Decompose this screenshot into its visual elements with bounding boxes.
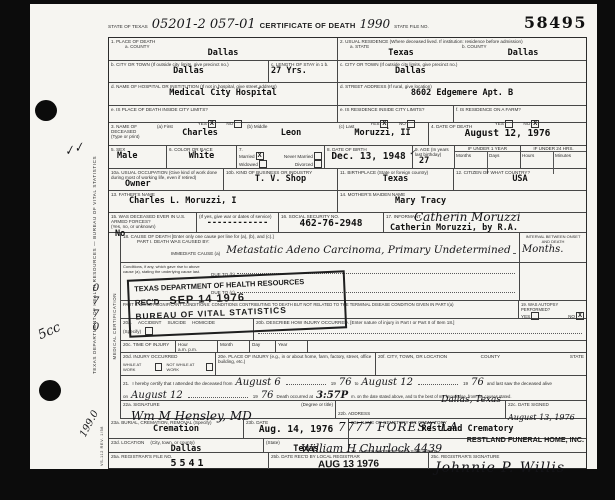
hour-cell: Houra.m. p.m. xyxy=(176,341,218,352)
date-of-death-cell: 4. DATE OF DEATH August 12, 1976 xyxy=(429,123,586,145)
death-city-cell: b. CITY OR TOWN (If outside city limits,… xyxy=(109,61,269,82)
death-occurred-label: Death occurred at xyxy=(277,394,314,399)
on-label: on xyxy=(123,394,128,399)
stamp-recd-label: REC'D xyxy=(135,297,160,307)
interval-c-cell xyxy=(519,286,586,300)
registrar-file-cell: 25a. REGISTRAR'S FILE NO. 5541 xyxy=(109,453,269,469)
last-seen-date: August 12 xyxy=(131,390,183,401)
injury-state-label: STATE xyxy=(554,354,584,374)
row-hospital-street: d. NAME OF HOSPITAL OR INSTITUTION (If n… xyxy=(109,83,586,106)
attended-to-date: August 12 xyxy=(361,377,413,388)
sex-value: Male xyxy=(111,152,164,161)
citizen-value: USA xyxy=(456,175,584,184)
immediate-cause-handwritten: Metastatic Adeno Carcinoma, Primary Unde… xyxy=(226,244,511,256)
row-registrar: 25a. REGISTRAR'S FILE NO. 5541 25b. DATE… xyxy=(109,453,586,469)
cemetery-value: Restland Crematory xyxy=(351,425,584,434)
state-of-texas-label: STATE OF TEXAS xyxy=(108,25,148,30)
residence-county-value: Dallas xyxy=(462,49,584,58)
month-label: Month xyxy=(220,342,247,347)
first-name-value: Charles xyxy=(157,129,243,138)
date-received-stamp: AUG 13 1976 xyxy=(271,458,426,472)
injury-city-label: 20f. CITY, TOWN, OR LOCATION xyxy=(378,354,481,374)
injury-city-cell: 20f. CITY, TOWN, OR LOCATION COUNTY STAT… xyxy=(376,353,586,375)
business-value: T. V. Shop xyxy=(226,175,335,184)
marital-status-cell: 7. MarriedX Never Married Widowed Divorc… xyxy=(237,146,325,168)
autopsy-cell: 19. WAS AUTOPSY PERFORMED? YES NOX xyxy=(519,301,586,318)
mother-name-value: Mary Tracy xyxy=(340,197,584,206)
year-label: Year xyxy=(278,342,305,347)
business-cell: 10b. KIND OF BUSINESS OR INDUSTRY T. V. … xyxy=(224,169,338,190)
autopsy-label: 19. WAS AUTOPSY PERFORMED? xyxy=(521,302,584,312)
funeral-director-cell: 24. FUNERAL DIRECTOR'S SIGNATURE RESTLAN… xyxy=(349,439,586,452)
burial-date-value: Aug. 14, 1976 xyxy=(246,425,346,434)
day-cell: Day xyxy=(250,341,276,352)
state-file-number: 58495 xyxy=(524,13,587,32)
margin-handwritten-checks: ✓✓ xyxy=(62,139,85,159)
residence-county-cell: b. COUNTY Dallas xyxy=(462,44,584,58)
attended-from-date: August 6 xyxy=(236,377,281,388)
never-married-label: Never Married xyxy=(284,154,313,159)
burial-type-cell: 23a. BURIAL, CREMATION, REMOVAL (Specify… xyxy=(109,419,244,438)
row-certification: 21. I hereby certify that I attended the… xyxy=(121,376,586,401)
under-1-year-cell: IF UNDER 1 YEAR Months Days xyxy=(455,146,521,168)
row-location-funeral-director: 23d. LOCATION (City, town, or county) Da… xyxy=(109,439,586,453)
age-value: 27 xyxy=(415,157,452,166)
date-of-birth-value: Dec. 13, 1948 xyxy=(327,152,410,161)
registrar-signature-label: 25c. REGISTRAR'S SIGNATURE xyxy=(431,454,584,459)
certify-text-2: and last saw the deceased alive xyxy=(487,381,552,386)
street-address-value: 8602 Edgemere Apt. B xyxy=(340,89,584,98)
while-at-work-label: WHILE AT WORK xyxy=(123,362,150,372)
while-at-work-checkbox xyxy=(155,363,162,371)
name-of-deceased-cell: 3. NAME OF DECEASED (Type or print) xyxy=(109,123,155,145)
under-24-hrs-cell: IF UNDER 24 HRS. Hours Minutes xyxy=(521,146,586,168)
margin-handwritten-5cc: 5cc xyxy=(36,320,63,343)
informant-signature: Catherin Moruzzi xyxy=(414,210,521,224)
residence-city-cell: c. CITY OR TOWN (If outside city limits,… xyxy=(338,61,586,82)
place-of-injury-cell: 20e. PLACE OF INJURY (e.g., in or about … xyxy=(216,353,376,375)
death-city-value: Dallas xyxy=(111,67,266,76)
time-of-death: 3:57P xyxy=(316,390,348,401)
birthplace-value: Texas xyxy=(340,175,451,184)
middle-name-cell: (b) Middle Leon xyxy=(245,123,337,145)
row-physician-signature: 22a. SIGNATURE (Degree or title) Wm M He… xyxy=(121,401,586,419)
row-city-stay: b. CITY OR TOWN (If outside city limits,… xyxy=(109,61,586,83)
certificate-paper: TEXAS DEPARTMENT OF HEALTH RESOURCES — B… xyxy=(30,4,597,469)
age-cell: ✓ 9. AGE (In years last birthday) 27 xyxy=(413,146,455,168)
physician-signature-cell: 22a. SIGNATURE (Degree or title) Wm M He… xyxy=(121,401,336,418)
ampm-label: a.m. p.m. xyxy=(178,347,215,352)
row-name-dod: 3. NAME OF DECEASED (Type or print) (a) … xyxy=(109,123,586,146)
punch-hole-bottom xyxy=(39,380,61,401)
stamp-date: SEP 14 1976 xyxy=(169,292,245,307)
armed-forces-label: 15. WAS DECEASED EVER IN U.S. ARMED FORC… xyxy=(111,214,194,224)
usual-residence-cell: 2. USUAL RESIDENCE (Where deceased lived… xyxy=(338,38,586,60)
received-stamp: TEXAS DEPARTMENT OF HEALTH RESOURCES REC… xyxy=(127,270,347,337)
length-of-stay-value: 27 Yrs. xyxy=(271,67,335,76)
interval-handwritten: Months. xyxy=(522,244,584,255)
day-label: Day xyxy=(252,342,273,347)
attended-to-year: 76 xyxy=(471,377,484,388)
first-name-cell: (a) First Charles xyxy=(155,123,245,145)
item-21-label: 21. xyxy=(123,381,129,386)
handwritten-file-code: 05201-2 057-01 xyxy=(152,17,256,32)
physician-address-cell: 22b. ADDRESS Dallas, Texas 7777 FOREST L… xyxy=(336,401,506,418)
interval-cell: INTERVAL BETWEEN ONSET AND DEATH Months. xyxy=(519,233,586,262)
year-cell: Year xyxy=(276,341,308,352)
registrar-signature: Johnnie P. Willis xyxy=(435,460,565,476)
location-label: 23d. LOCATION xyxy=(111,440,144,445)
row-injury-location: 20d. INJURY OCCURRED WHILE AT WORK NOT W… xyxy=(121,353,586,376)
residence-city-value: Dallas xyxy=(340,67,584,76)
interval-b-cell xyxy=(519,263,586,286)
residence-city-limits-cell: e. IS RESIDENCE INSIDE CITY LIMITS? YESX… xyxy=(338,106,454,122)
death-county-value: Dallas xyxy=(111,49,335,58)
injury-county-label: COUNTY xyxy=(481,354,554,374)
degree-title-label: (Degree or title) xyxy=(301,402,333,407)
race-value: White xyxy=(169,152,234,161)
certificate-form: 1. PLACE OF DEATH a. COUNTY Dallas 2. US… xyxy=(108,37,587,469)
margin-handwritten-0770: 0770 xyxy=(90,282,102,334)
widowed-label: Widowed xyxy=(239,162,258,167)
date-of-death-value: August 12, 1976 xyxy=(431,129,584,138)
race-cell: 6. COLOR OR RACE White xyxy=(167,146,237,168)
burial-type-value: Cremation xyxy=(111,425,241,434)
medical-certification-label: MEDICAL CERTIFICATION xyxy=(112,293,117,359)
not-while-at-work-label: NOT WHILE AT WORK xyxy=(167,362,201,372)
place-of-injury-label: 20e. PLACE OF INJURY (e.g., in or about … xyxy=(218,354,373,364)
row-occupation: 10a. USUAL OCCUPATION (Give kind of work… xyxy=(109,169,586,191)
scanned-death-certificate: TEXAS DEPARTMENT OF HEALTH RESOURCES — B… xyxy=(0,0,615,500)
armed-forces-cell: 15. WAS DECEASED EVER IN U.S. ARMED FORC… xyxy=(109,213,197,232)
time-empty-cell xyxy=(308,341,586,352)
margin-handwritten-199: 199.0 xyxy=(78,409,101,439)
time-of-injury-cell: 20c. TIME OF INJURY xyxy=(121,341,176,352)
war-service-cell: (If yes, give war or dates of service) -… xyxy=(197,213,279,232)
never-married-checkbox xyxy=(314,152,322,160)
punch-hole-top xyxy=(35,100,57,121)
state-file-no-label: STATE FILE NO. xyxy=(394,24,429,29)
dotted-line xyxy=(418,384,458,385)
birthplace-cell: 11. BIRTHPLACE (State or foreign country… xyxy=(338,169,454,190)
injury-occurred-label: 20d. INJURY OCCURRED xyxy=(123,354,213,359)
burial-date-cell: 23b. DATE Aug. 14, 1976 xyxy=(244,419,349,438)
not-while-at-work-checkbox xyxy=(206,363,213,371)
occupation-value: Owner xyxy=(111,180,221,189)
year-19-label: 19 xyxy=(463,381,468,386)
date-of-birth-cell: 8. DATE OF BIRTH Dec. 13, 1948 xyxy=(325,146,413,168)
row-time-of-injury: 20c. TIME OF INJURY Houra.m. p.m. Month … xyxy=(121,341,586,353)
restland-funeral-home-stamp: RESTLAND FUNERAL HOME, INC. xyxy=(467,435,584,444)
dotted-line xyxy=(258,333,582,334)
married-label: Married xyxy=(239,154,255,159)
year-19-label: 19 xyxy=(253,394,258,399)
certificate-title: CERTIFICATE OF DEATH xyxy=(260,21,356,30)
married-checkbox: X xyxy=(256,152,264,160)
signature-label: 22a. SIGNATURE xyxy=(123,402,160,407)
year-19-label: 19 xyxy=(331,381,336,386)
informant-typed-value: Catherin Moruzzi, by R.A. xyxy=(386,224,584,233)
row-city-limits: e. IS PLACE OF DEATH INSIDE CITY LIMITS?… xyxy=(109,106,586,123)
funeral-director-signature: William H Churlock 4439 xyxy=(301,442,442,455)
type-or-print-label: (Type or print) xyxy=(111,134,153,139)
length-of-stay-cell: c. LENGTH OF STAY in 1 b. 27 Yrs. xyxy=(269,61,338,82)
informant-cell: 17. INFORMANT Catherin Moruzzi Catherin … xyxy=(384,213,586,232)
occupation-cell: 10a. USUAL OCCUPATION (Give kind of work… xyxy=(109,169,224,190)
cause-of-death-cell: 18. CAUSE OF DEATH [Enter only one cause… xyxy=(121,233,519,262)
interval-label: INTERVAL BETWEEN ONSET AND DEATH xyxy=(522,234,584,244)
death-city-limits-cell: e. IS PLACE OF DEATH INSIDE CITY LIMITS?… xyxy=(109,106,338,122)
month-cell: Month xyxy=(218,341,250,352)
residence-state-cell: a. STATE Texas xyxy=(340,44,462,58)
row-sex-race-age: 5. SEX Male 6. COLOR OR RACE White 7. Ma… xyxy=(109,146,586,169)
time-of-injury-label: 20c. TIME OF INJURY xyxy=(123,342,173,347)
place-of-death-cell: 1. PLACE OF DEATH a. COUNTY Dallas xyxy=(109,38,338,60)
father-name-cell: 13. FATHER'S NAME Charles L. Moruzzi, I xyxy=(109,191,338,212)
registrar-signature-cell: 25c. REGISTRAR'S SIGNATURE Johnnie P. Wi… xyxy=(429,453,586,469)
middle-name-value: Leon xyxy=(247,129,335,138)
injury-occurred-cell: 20d. INJURY OCCURRED WHILE AT WORK NOT W… xyxy=(121,353,216,375)
row-cause-of-death: 18. CAUSE OF DEATH [Enter only one cause… xyxy=(121,233,586,263)
ssn-cell: 16. SOCIAL SECURITY NO. 462-76-2948 xyxy=(279,213,384,232)
handwritten-1990: 1990 xyxy=(360,17,391,31)
dotted-line xyxy=(286,384,326,385)
medical-certification-strip: MEDICAL CERTIFICATION xyxy=(109,233,121,419)
dotted-line xyxy=(188,397,248,398)
residence-state-value: Texas xyxy=(340,49,462,58)
immediate-cause-label: IMMEDIATE CAUSE (a) xyxy=(171,251,220,256)
last-seen-year: 76 xyxy=(261,390,274,401)
father-name-value: Charles L. Moruzzi, I xyxy=(111,197,335,206)
address-city-handwritten: Dallas, Texas xyxy=(441,395,501,405)
divorced-label: Divorced xyxy=(295,162,313,167)
row-place-residence: 1. PLACE OF DEATH a. COUNTY Dallas 2. US… xyxy=(109,38,586,61)
attended-from-year: 76 xyxy=(339,377,352,388)
last-name-cell: (c) Last Moruzzi, II xyxy=(337,123,429,145)
hospital-cell: d. NAME OF HOSPITAL OR INSTITUTION (If n… xyxy=(109,83,338,105)
last-name-value: Moruzzi, II xyxy=(339,129,426,138)
to-label: to xyxy=(355,381,359,386)
ssn-value: 462-76-2948 xyxy=(281,219,381,228)
hospital-value: Medical City Hospital xyxy=(111,89,335,98)
date-received-cell: 25b. DATE REC'D BY LOCAL REGISTRAR AUG 1… xyxy=(269,453,429,469)
date-signed-label: 22c. DATE SIGNED xyxy=(508,402,584,407)
citizen-cell: 12. CITIZEN OF WHAT COUNTRY? USA xyxy=(454,169,586,190)
address-label: 22b. ADDRESS xyxy=(338,411,370,416)
certify-text-1: I hereby certify that I attended the dec… xyxy=(132,381,232,386)
name-of-deceased-label: 3. NAME OF DECEASED xyxy=(111,124,153,134)
date-signed-cell: 22c. DATE SIGNED August 13, 1976 xyxy=(506,401,586,418)
registrar-file-value: 5541 xyxy=(111,459,266,468)
war-service-value: ------------ xyxy=(199,219,276,228)
row-military-ssn-informant: 15. WAS DECEASED EVER IN U.S. ARMED FORC… xyxy=(109,213,586,233)
widowed-checkbox xyxy=(259,160,267,168)
sex-cell: 5. SEX Male xyxy=(109,146,167,168)
dotted-line xyxy=(513,253,515,254)
form-code-vertical: VS-112 REV. 1/58 xyxy=(100,422,104,466)
certificate-header: STATE OF TEXAS 05201-2 057-01 CERTIFICAT… xyxy=(108,13,587,32)
divorced-checkbox xyxy=(314,160,322,168)
street-address-cell: d. STREET ADDRESS (If rural, give locati… xyxy=(338,83,586,105)
burial-location-city-cell: 23d. LOCATION (City, town, or county) Da… xyxy=(109,439,264,452)
mother-name-cell: 14. MOTHER'S MAIDEN NAME Mary Tracy xyxy=(338,191,586,212)
age-checkmark: ✓ xyxy=(409,148,416,157)
residence-farm-cell: f. IS RESIDENCE ON A FARM? YES NOX xyxy=(454,106,586,122)
